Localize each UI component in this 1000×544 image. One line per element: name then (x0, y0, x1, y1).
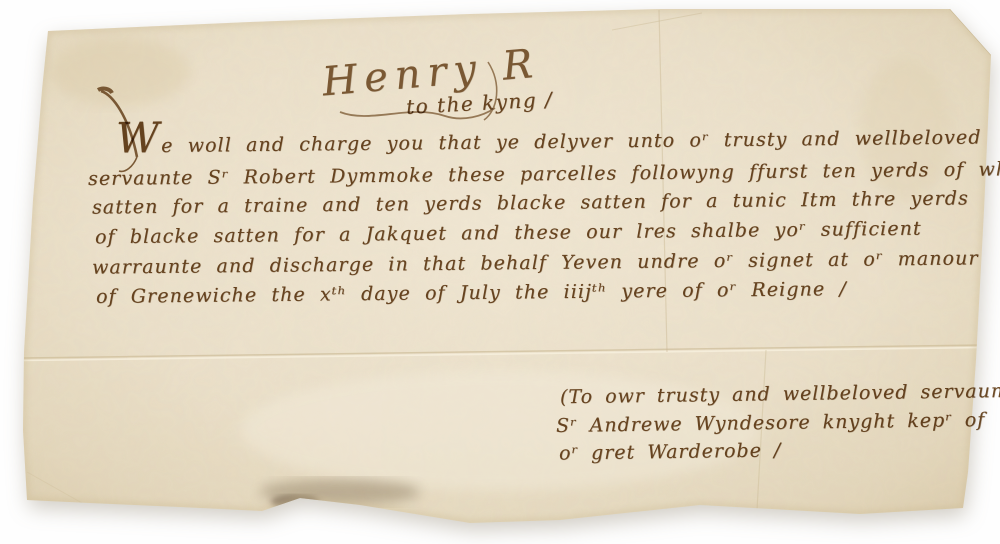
stain-right (860, 60, 950, 200)
parchment-sheet (0, 0, 1000, 544)
light-patch (240, 370, 760, 490)
stain-top-left (50, 38, 190, 106)
photograph-of-manuscript: Henry R to the kyng / We woll and charge… (0, 0, 1000, 544)
